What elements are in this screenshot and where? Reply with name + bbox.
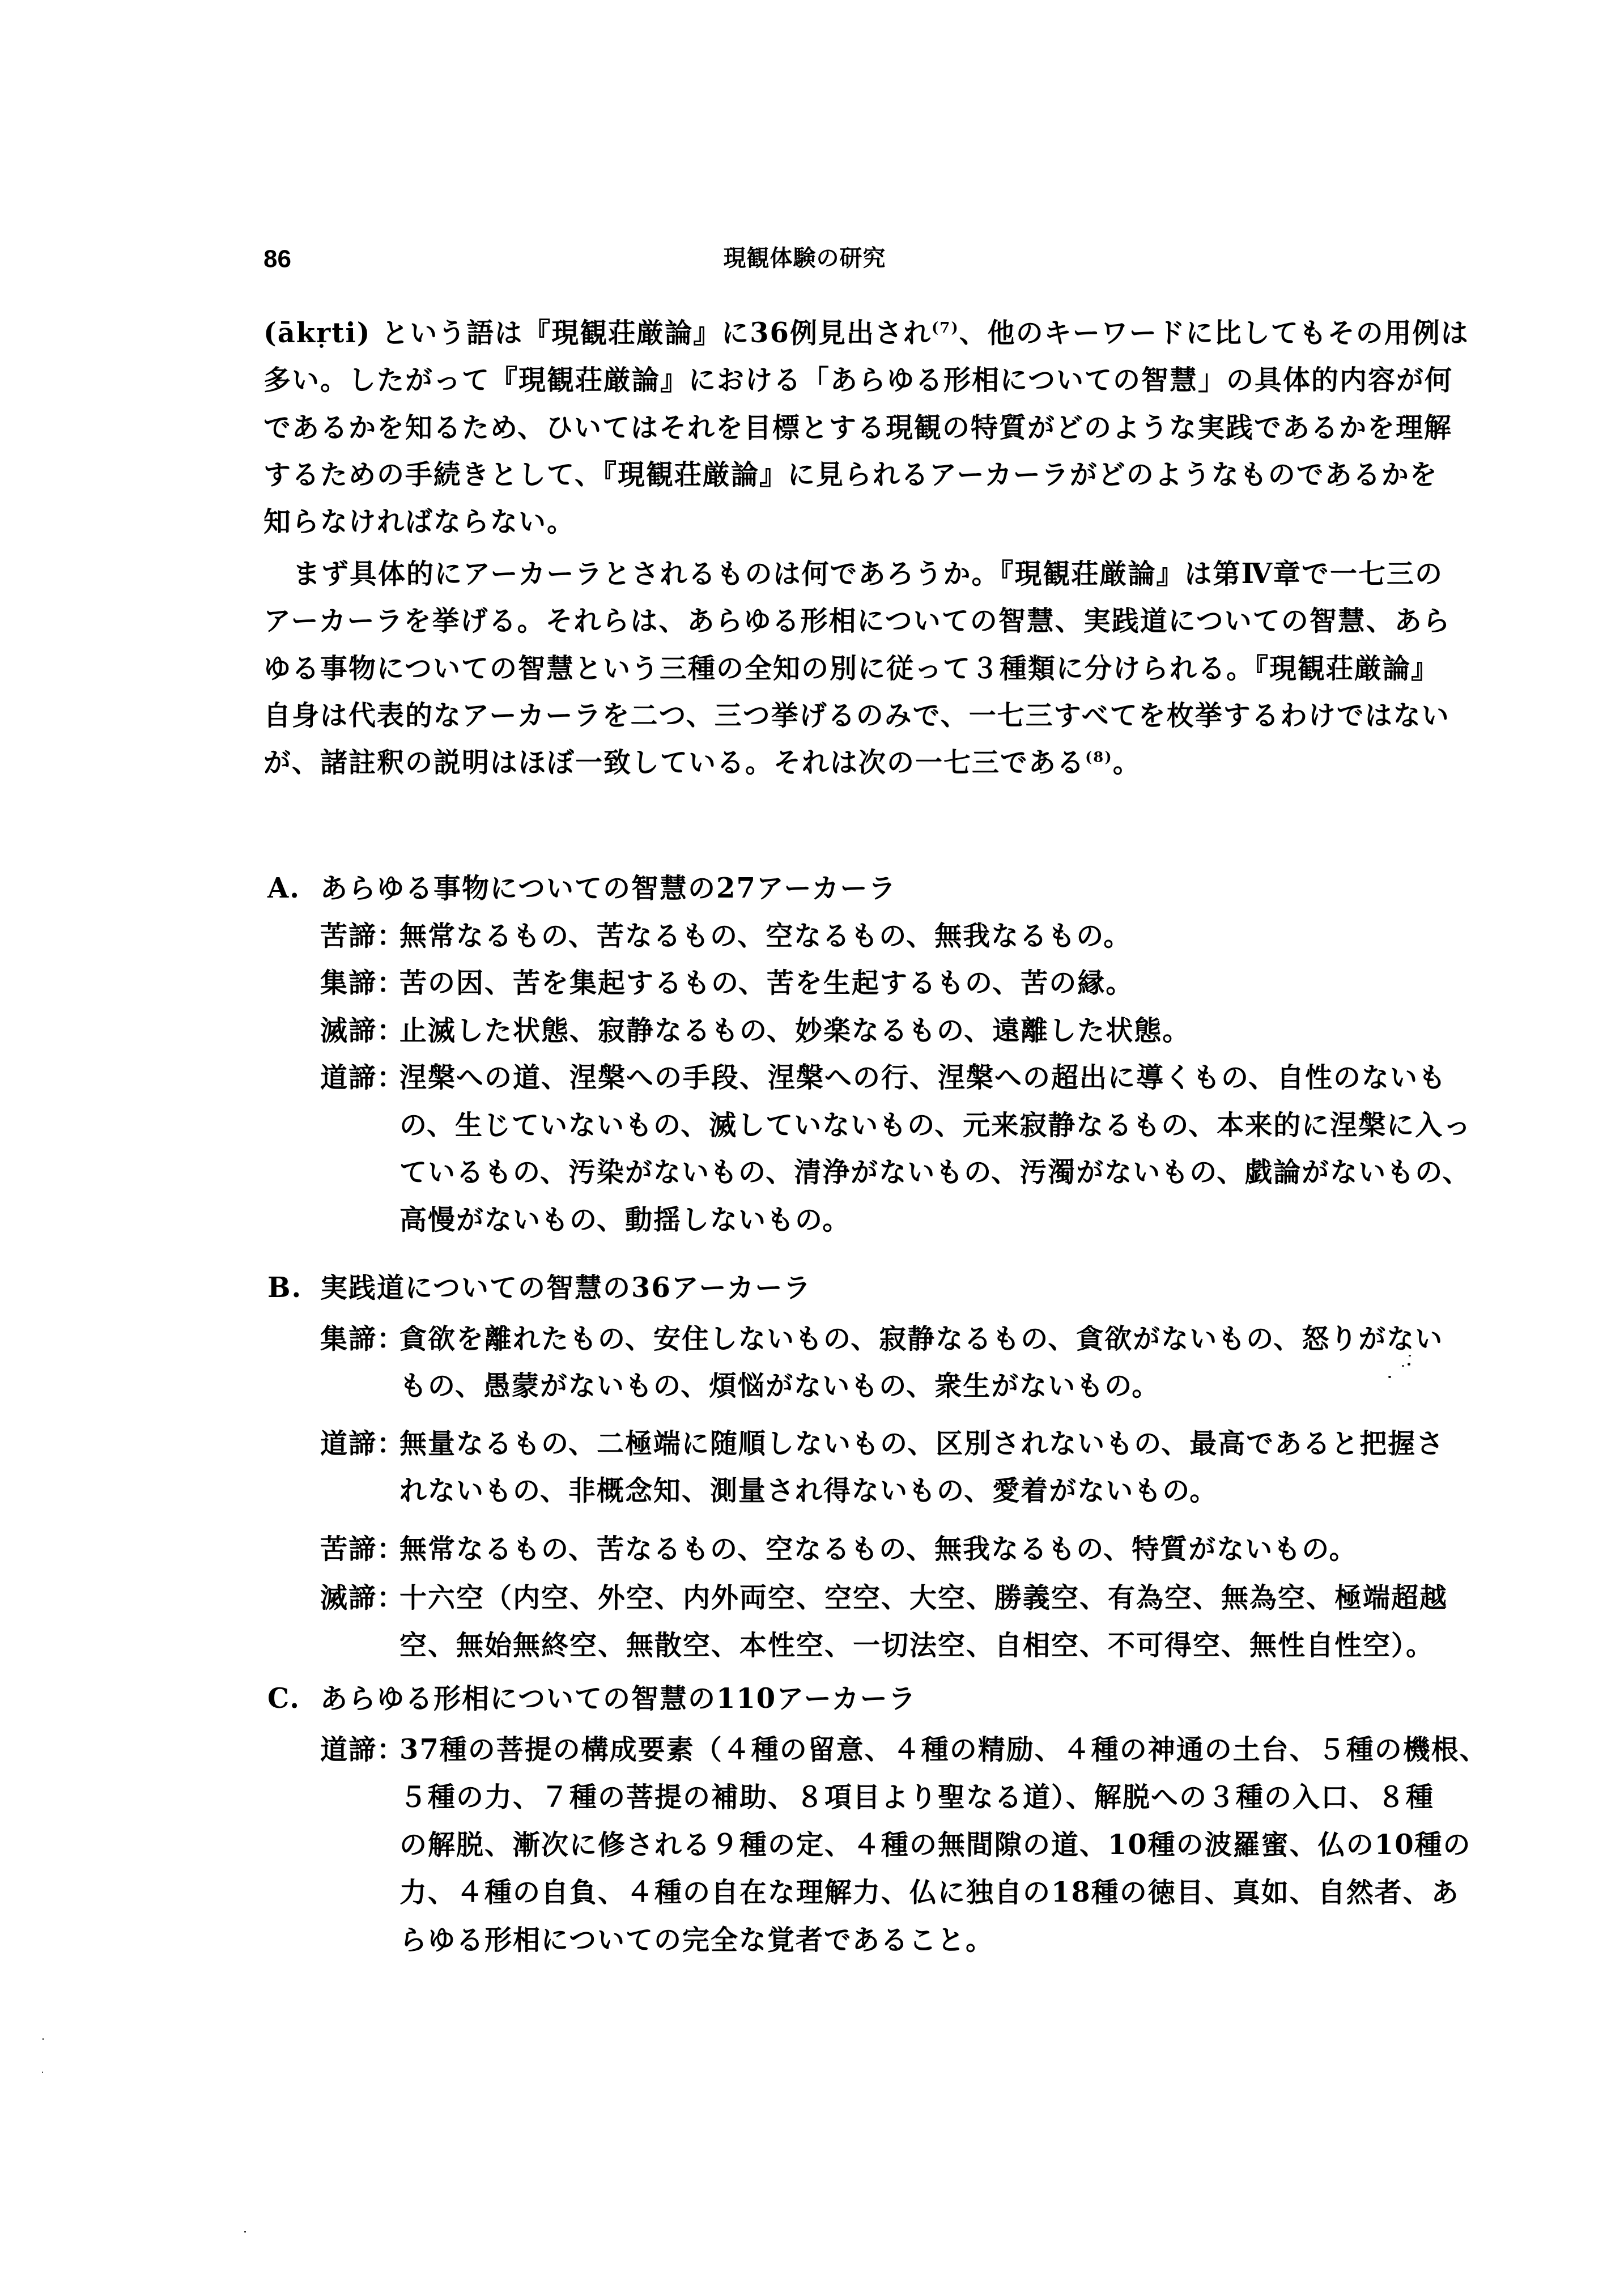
item-continuation: ５種の力、７種の菩提の補助、８項目より聖なる道）、解脱への３種の入口、８種 — [399, 1781, 1434, 1813]
item-continuation: れないもの、非概念知、測量され得ないもの、愛着がないもの。 — [399, 1475, 1218, 1507]
scanned-page: 86 現観体験の研究 (ākṛti) という語は『現観荘厳論』に36例見出され(… — [0, 0, 1624, 2296]
list-item: 道諦：37種の菩提の構成要素（４種の留意、４種の精励、４種の神通の土台、５種の機… — [320, 1734, 1488, 1766]
list-item: 苦諦：無常なるもの、苦なるもの、空なるもの、無我なるもの。 — [320, 920, 1132, 952]
scan-speck — [1408, 1363, 1410, 1366]
section-title: 実践道についての智慧の36アーカーラ — [320, 1272, 811, 1304]
truth-term: 道諦： — [320, 1062, 399, 1094]
paragraph-line: 自身は代表的なアーカーラを二つ、三つ挙げるのみで、一七三すべてを枚挙するわけでは… — [263, 700, 1450, 732]
item-continuation: 高慢がないもの、動揺しないもの。 — [399, 1204, 851, 1236]
line-text: 、他のキーワードに比してもその用例は — [959, 317, 1469, 349]
running-title: 現観体験の研究 — [669, 244, 941, 273]
list-item: 滅諦：止滅した状態、寂静なるもの、妙楽なるもの、遠離した状態。 — [320, 1015, 1191, 1047]
truth-term: 滅諦： — [320, 1582, 399, 1614]
item-continuation: らゆる形相についての完全な覚者であること。 — [399, 1924, 994, 1956]
scan-speck — [1388, 1376, 1391, 1378]
section-label: B. — [267, 1272, 320, 1304]
truth-term: 苦諦： — [320, 1533, 399, 1565]
line-text: (ākṛti) という語は『現観荘厳論』に36例見出され — [263, 317, 932, 349]
item-text: 貪欲を離れたもの、安住しないもの、寂静なるもの、貪欲がないもの、怒りがない — [399, 1323, 1443, 1355]
item-continuation: ているもの、汚染がないもの、清浄がないもの、汚濁がないもの、戯論がないもの、 — [399, 1156, 1470, 1188]
truth-term: 滅諦： — [320, 1015, 399, 1047]
item-continuation: もの、愚蒙がないもの、煩悩がないもの、衆生がないもの。 — [399, 1370, 1160, 1402]
item-text: 無常なるもの、苦なるもの、空なるもの、無我なるもの。 — [399, 920, 1132, 952]
truth-term: 道諦： — [320, 1428, 399, 1460]
footnote-ref[interactable]: (8) — [1085, 749, 1113, 766]
scan-speck — [1402, 1365, 1404, 1367]
list-item: 苦諦：無常なるもの、苦なるもの、空なるもの、無我なるもの、特質がないもの。 — [320, 1533, 1357, 1565]
item-continuation: 空、無始無終空、無散空、本性空、一切法空、自相空、不可得空、無性自性空）。 — [399, 1630, 1434, 1661]
item-text: 苦の因、苦を集起するもの、苦を生起するもの、苦の縁。 — [399, 967, 1134, 999]
scan-speck — [244, 2231, 246, 2233]
scan-speck — [42, 2072, 43, 2073]
item-continuation: の、生じていないもの、滅していないもの、元来寂静なるもの、本来的に涅槃に入っ — [399, 1109, 1472, 1141]
truth-term: 集諦： — [320, 967, 399, 999]
paragraph-line: アーカーラを挙げる。それらは、あらゆる形相についての智慧、実践道についての智慧、… — [263, 605, 1451, 637]
item-text: 無常なるもの、苦なるもの、空なるもの、無我なるもの、特質がないもの。 — [399, 1533, 1357, 1565]
truth-term: 苦諦： — [320, 920, 399, 952]
paragraph-line: 多い。したがって『現観荘厳論』における「あらゆる形相についての智慧」の具体的内容… — [263, 364, 1453, 396]
list-item: 集諦：貪欲を離れたもの、安住しないもの、寂静なるもの、貪欲がないもの、怒りがない — [320, 1323, 1443, 1355]
section-heading: A.あらゆる事物についての智慧の27アーカーラ — [267, 873, 896, 904]
paragraph-line: であるかを知るため、ひいてはそれを目標とする現観の特質がどのような実践であるかを… — [263, 412, 1452, 444]
scan-speck — [1409, 1355, 1411, 1357]
list-item: 滅諦：十六空（内空、外空、内外両空、空空、大空、勝義空、有為空、無為空、極端超越 — [320, 1582, 1448, 1614]
footnote-ref[interactable]: (7) — [932, 320, 959, 337]
section-title: あらゆる事物についての智慧の27アーカーラ — [320, 873, 896, 904]
list-item: 集諦：苦の因、苦を集起するもの、苦を生起するもの、苦の縁。 — [320, 967, 1134, 999]
section-label: C. — [267, 1683, 320, 1715]
paragraph-line: が、諸註釈の説明はほぼ一致している。それは次の一七三である(8)。 — [263, 747, 1141, 779]
line-text: が、諸註釈の説明はほぼ一致している。それは次の一七三である — [263, 747, 1085, 779]
item-continuation: の解脱、漸次に修される９種の定、４種の無間隙の道、10種の波羅蜜、仏の10種の — [399, 1829, 1472, 1861]
paragraph-line: するための手続きとして、『現観荘厳論』に見られるアーカーラがどのようなものである… — [263, 459, 1438, 491]
paragraph-line: (ākṛti) という語は『現観荘厳論』に36例見出され(7)、他のキーワードに… — [263, 317, 1469, 349]
item-text: 涅槃への道、涅槃への手段、涅槃への行、涅槃への超出に導くもの、自性のないも — [399, 1062, 1447, 1094]
item-text: 十六空（内空、外空、内外両空、空空、大空、勝義空、有為空、無為空、極端超越 — [399, 1582, 1448, 1614]
paragraph-line: ゆる事物についての智慧という三種の全知の別に従って３種類に分けられる。『現観荘厳… — [263, 653, 1439, 684]
section-label: A. — [267, 873, 320, 904]
scan-speck — [42, 2038, 44, 2040]
truth-term: 集諦： — [320, 1323, 399, 1355]
list-item: 道諦：涅槃への道、涅槃への手段、涅槃への行、涅槃への超出に導くもの、自性のないも — [320, 1062, 1447, 1094]
paragraph-line: 知らなければならない。 — [263, 506, 575, 538]
truth-term: 道諦： — [320, 1734, 399, 1766]
section-heading: B.実践道についての智慧の36アーカーラ — [267, 1272, 811, 1304]
item-text: 止滅した状態、寂静なるもの、妙楽なるもの、遠離した状態。 — [399, 1015, 1191, 1047]
list-item: 道諦：無量なるもの、二極端に随順しないもの、区別されないもの、最高であると把握さ — [320, 1428, 1444, 1460]
paragraph-line: まず具体的にアーカーラとされるものは何であろうか。『現観荘厳論』は第Ⅳ章で一七三… — [293, 558, 1443, 590]
section-heading: C.あらゆる形相についての智慧の110アーカーラ — [267, 1683, 917, 1715]
line-text: 。 — [1113, 747, 1141, 779]
item-text: 無量なるもの、二極端に随順しないもの、区別されないもの、最高であると把握さ — [399, 1428, 1444, 1460]
page-number: 86 — [263, 245, 291, 274]
item-text: 37種の菩提の構成要素（４種の留意、４種の精励、４種の神通の土台、５種の機根、 — [399, 1734, 1488, 1766]
item-continuation: 力、４種の自負、４種の自在な理解力、仏に独自の18種の徳目、真如、自然者、あ — [399, 1877, 1460, 1908]
section-title: あらゆる形相についての智慧の110アーカーラ — [320, 1683, 917, 1715]
